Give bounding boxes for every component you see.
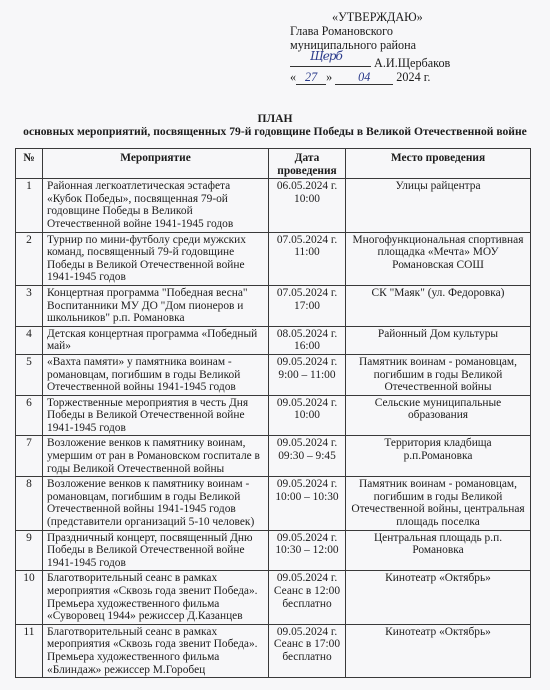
cell-event: Возложение венков к памятнику воинам, ум…	[43, 436, 269, 477]
cell-date: 09.05.2024 г. 9:00 – 11:00	[269, 354, 346, 395]
cell-num: 2	[16, 232, 43, 285]
approval-date: «27» 04 2024 г.	[290, 70, 450, 85]
cell-num: 7	[16, 436, 43, 477]
cell-event: «Вахта памяти» у памятника воинам - рома…	[43, 354, 269, 395]
signature-line: Щерб А.И.Щербаков	[290, 53, 450, 70]
approval-year: 2024 г.	[396, 70, 430, 84]
table-row: 9Праздничный концерт, посвященный Дню По…	[16, 530, 531, 571]
cell-event: Благотворительный сеанс в рамках меропри…	[43, 624, 269, 677]
cell-place: Кинотеатр «Октябрь»	[346, 571, 531, 624]
table-row: 8Возложение венков к памятнику воинам - …	[16, 477, 531, 530]
table-row: 6Торжественные мероприятия в честь Дня П…	[16, 395, 531, 436]
cell-date: 09.05.2024 г. Сеанс в 17:00 бесплатно	[269, 624, 346, 677]
cell-place: Памятник воинам - романовцам, погибшим в…	[346, 354, 531, 395]
signature-field: Щерб	[290, 53, 371, 67]
cell-place: Улицы райцентра	[346, 179, 531, 232]
table-row: 5«Вахта памяти» у памятника воинам - ром…	[16, 354, 531, 395]
cell-place: Центральная площадь р.п. Романовка	[346, 530, 531, 571]
header-place: Место проведения	[346, 149, 531, 179]
cell-event: Благотворительный сеанс в рамках меропри…	[43, 571, 269, 624]
table-row: 2Турнир по мини-футболу среди мужских ко…	[16, 232, 531, 285]
cell-date: 07.05.2024 г. 11:00	[269, 232, 346, 285]
approval-stamp: «УТВЕРЖДАЮ»	[290, 10, 450, 24]
cell-event: Торжественные мероприятия в честь Дня По…	[43, 395, 269, 436]
cell-place: Сельские муниципальные образования	[346, 395, 531, 436]
events-table: № Мероприятие Дата проведения Место пров…	[15, 148, 531, 678]
cell-date: 06.05.2024 г. 10:00	[269, 179, 346, 232]
cell-num: 9	[16, 530, 43, 571]
approval-position-line1: Глава Романовского	[290, 24, 450, 38]
cell-event: Турнир по мини-футболу среди мужских ком…	[43, 232, 269, 285]
cell-num: 1	[16, 179, 43, 232]
cell-num: 5	[16, 354, 43, 395]
cell-place: Кинотеатр «Октябрь»	[346, 624, 531, 677]
approver-name: А.И.Щербаков	[374, 56, 450, 70]
cell-place: СК "Маяк" (ул. Федоровка)	[346, 285, 531, 326]
cell-event: Детская концертная программа «Победный м…	[43, 326, 269, 354]
table-row: 11Благотворительный сеанс в рамках мероп…	[16, 624, 531, 677]
title-subheading: основных мероприятий, посвященных 79-й г…	[0, 125, 550, 138]
cell-num: 4	[16, 326, 43, 354]
cell-date: 09.05.2024 г. Сеанс в 12:00 бесплатно	[269, 571, 346, 624]
cell-place: Многофункциональная спортивная площадка …	[346, 232, 531, 285]
cell-event: Концертная программа "Победная весна" Во…	[43, 285, 269, 326]
cell-event: Районная легкоатлетическая эстафета «Куб…	[43, 179, 269, 232]
document-title: ПЛАН основных мероприятий, посвященных 7…	[0, 112, 550, 138]
table-row: 1Районная легкоатлетическая эстафета «Ку…	[16, 179, 531, 232]
table-body: 1Районная легкоатлетическая эстафета «Ку…	[16, 179, 531, 678]
title-heading: ПЛАН	[0, 112, 550, 125]
cell-num: 6	[16, 395, 43, 436]
signature: Щерб	[310, 49, 342, 63]
table-header-row: № Мероприятие Дата проведения Место пров…	[16, 149, 531, 179]
approval-day: 27	[296, 70, 326, 85]
cell-date: 09.05.2024 г. 10:30 – 12:00	[269, 530, 346, 571]
cell-num: 10	[16, 571, 43, 624]
cell-date: 07.05.2024 г. 17:00	[269, 285, 346, 326]
cell-num: 3	[16, 285, 43, 326]
cell-place: Памятник воинам - романовцам, погибшим в…	[346, 477, 531, 530]
approval-month: 04	[335, 70, 393, 85]
header-num: №	[16, 149, 43, 179]
approval-block: «УТВЕРЖДАЮ» Глава Романовского муниципал…	[290, 10, 450, 85]
header-date: Дата проведения	[269, 149, 346, 179]
table-row: 4Детская концертная программа «Победный …	[16, 326, 531, 354]
cell-event: Возложение венков к памятнику воинам - р…	[43, 477, 269, 530]
cell-place: Территория кладбища р.п.Романовка	[346, 436, 531, 477]
cell-event: Праздничный концерт, посвященный Дню Поб…	[43, 530, 269, 571]
cell-date: 09.05.2024 г. 09:30 – 9:45	[269, 436, 346, 477]
cell-num: 8	[16, 477, 43, 530]
table-row: 10Благотворительный сеанс в рамках мероп…	[16, 571, 531, 624]
cell-num: 11	[16, 624, 43, 677]
table-row: 3Концертная программа "Победная весна" В…	[16, 285, 531, 326]
cell-date: 09.05.2024 г. 10:00 – 10:30	[269, 477, 346, 530]
cell-place: Районный Дом культуры	[346, 326, 531, 354]
table-row: 7Возложение венков к памятнику воинам, у…	[16, 436, 531, 477]
header-event: Мероприятие	[43, 149, 269, 179]
cell-date: 09.05.2024 г. 10:00	[269, 395, 346, 436]
cell-date: 08.05.2024 г. 16:00	[269, 326, 346, 354]
